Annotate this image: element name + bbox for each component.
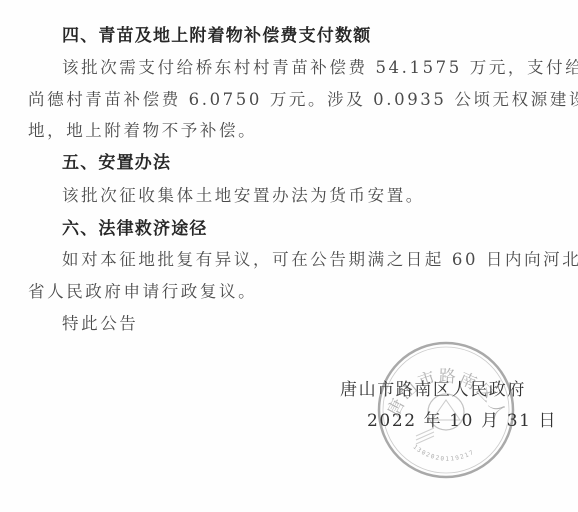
section-heading-compensation: 四、青苗及地上附着物补偿费支付数额 (62, 26, 371, 46)
official-seal-icon: 唐山市路南区人民政府 1302020119217 (376, 340, 516, 480)
closing-text: 特此公告 (62, 314, 138, 334)
paragraph-line: 尚德村青苗补偿费 6.0750 万元。涉及 0.0935 公顷无权源建设用 (28, 90, 578, 110)
paragraph-line: 如对本征地批复有异议，可在公告期满之日起 60 日内向河北 (62, 250, 578, 270)
paragraph-line: 该批次征收集体土地安置办法为货币安置。 (62, 186, 425, 206)
paragraph-line: 该批次需支付给桥东村村青苗补偿费 54.1575 万元，支付给 (62, 58, 578, 78)
issuer-name: 唐山市路南区人民政府 (340, 380, 526, 400)
section-heading-legal-remedy: 六、法律救济途径 (62, 219, 208, 239)
paragraph-line: 省人民政府申请行政复议。 (28, 282, 257, 302)
svg-text:1302020119217: 1302020119217 (411, 444, 475, 463)
document-page: 四、青苗及地上附着物补偿费支付数额 该批次需支付给桥东村村青苗补偿费 54.15… (0, 0, 578, 512)
paragraph-line: 地，地上附着物不予补偿。 (28, 121, 257, 141)
section-heading-resettlement: 五、安置办法 (62, 153, 171, 173)
issue-date: 2022 年 10 月 31 日 (367, 411, 557, 431)
